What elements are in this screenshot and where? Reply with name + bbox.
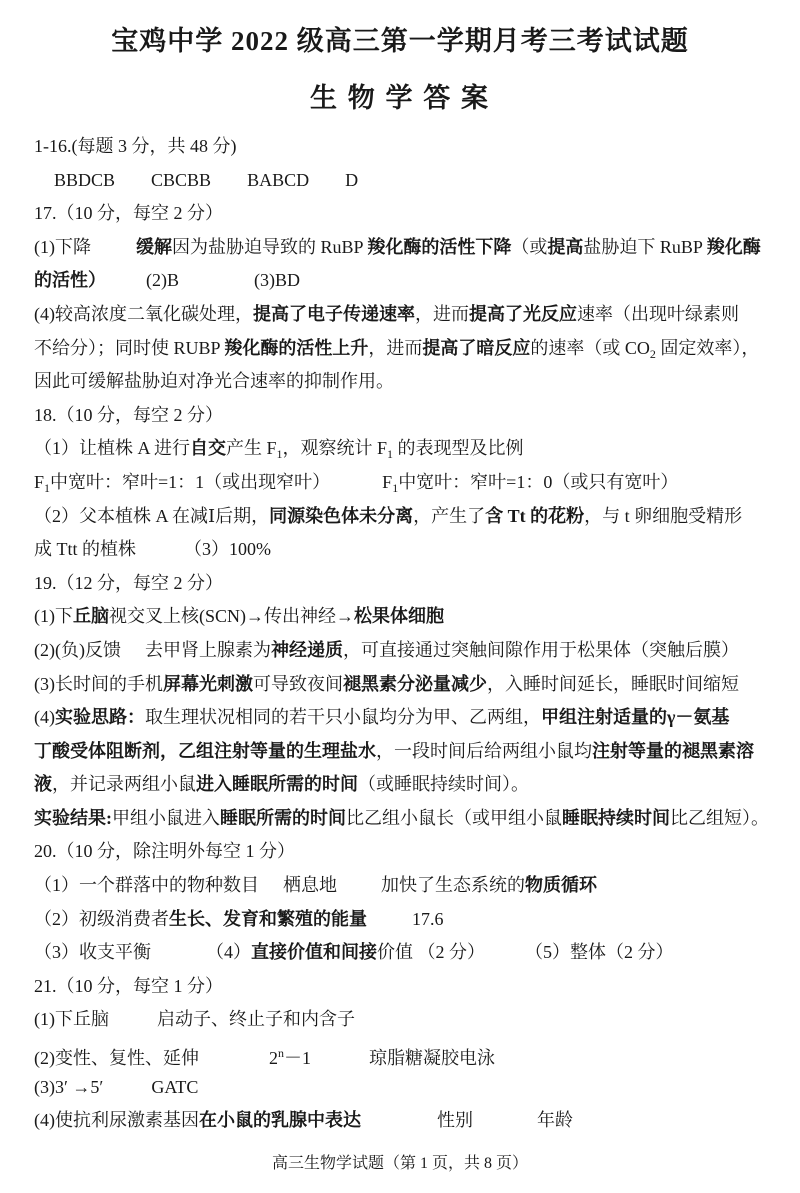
text-segment: 提高 [547,237,583,257]
text-segment: 2 [269,1048,278,1068]
text-segment: 比乙组小鼠长（或甲组小鼠 [346,808,562,828]
text-segment: 19.（12 分，每空 2 分） [34,573,223,593]
text-segment: 性别 [437,1110,473,1130]
q18-ans-1: （1）让植株 A 进行自交产生 F1，观察统计 F1 的表现型及比例 [34,432,766,466]
q19-ans-4b: 丁酸受体阻断剂，乙组注射等量的生理盐水，一段时间后给两组小鼠均注射等量的褪黑素溶 [34,735,766,769]
text-segment: (4) [34,707,55,727]
text-segment: 视交叉上核(SCN)→传出神经→ [109,606,354,626]
text-segment: 丁酸受体阻断剂，乙组注射等量的生理盐水 [34,741,376,761]
text-segment: 生长、发育和繁殖的能量 [169,909,367,929]
blank-gap [361,1125,437,1126]
text-segment: (3)长时间的手机 [34,674,163,694]
q20-ans-3-5: （3）收支平衡（4）直接价值和间接价值 （2 分）（5）整体（2 分） [34,936,766,970]
q21-header: 21.（10 分，每空 1 分） [34,970,766,1004]
text-segment: 去甲肾上腺素为 [145,640,271,660]
text-segment: 取生理状况相同的若干只小鼠均分为甲、乙两组， [145,707,541,727]
blank-gap [485,957,525,958]
text-segment: 液 [34,774,52,794]
q19-ans-2: (2)(负)反馈去甲肾上腺素为神经递质，可直接通过突触间隙作用于松果体（突触后膜… [34,634,766,668]
text-segment: （1）让植株 A 进行 [34,438,190,458]
exam-title: 宝鸡中学 2022 级高三第一学期月考三考试试题 [34,24,766,58]
text-segment: 屏幕光刺激 [163,674,253,694]
text-segment: 物质循环 [525,875,597,895]
blank-gap [106,285,146,286]
blank-gap [199,1063,269,1064]
text-segment: （3）100% [184,539,271,559]
text-segment: 的活性） [34,270,106,290]
text-segment: (1)下 [34,606,73,626]
blank-gap [151,957,206,958]
text-segment: 17.（10 分，每空 2 分） [34,203,223,223]
q17-header: 17.（10 分，每空 2 分） [34,197,766,231]
text-segment: (4)使抗利尿激素基因 [34,1110,199,1130]
blank-gap [115,185,151,186]
text-segment: (4)较高浓度二氧化碳处理， [34,304,253,324]
text-segment: 栖息地 [283,875,337,895]
text-segment: 直接价值和间接 [251,942,377,962]
q21-ans-2: (2)变性、复性、延伸2n－1琼脂糖凝胶电泳 [34,1037,766,1071]
q17-ans-4a: (4)较高浓度二氧化碳处理，提高了电子传递速率，进而提高了光反应速率（出现叶绿素… [34,298,766,332]
text-segment: （或睡眠持续时间）。 [358,774,529,794]
q20-ans-2: （2）初级消费者生长、发育和繁殖的能量17.6 [34,903,766,937]
text-segment: （4） [206,942,251,962]
text-segment: ，观察统计 F [283,438,388,458]
text-segment: 中宽叶：窄叶=1：0（或只有宽叶） [398,472,678,492]
text-segment: 盐胁迫下 RuBP [583,237,706,257]
text-segment: (2)(负)反馈 [34,640,121,660]
blank-gap [91,252,136,253]
text-segment: ，进而 [368,338,422,358]
text-segment: GATC [151,1077,198,1097]
text-segment: －1 [284,1048,311,1068]
text-segment: 启动子、终止子和内含子 [157,1009,355,1029]
blank-gap [34,185,54,186]
text-segment: 1-16.(每题 3 分，共 48 分) [34,136,236,156]
text-segment: 松果体细胞 [354,606,444,626]
text-segment: 因为盐胁迫导致的 RuBP [172,237,367,257]
text-segment: BABCD [247,170,309,190]
q19-ans-4-result: 实验结果:甲组小鼠进入睡眠所需的时间比乙组小鼠长（或甲组小鼠睡眠持续时间比乙组短… [34,802,766,836]
q18-ans-2a: （2）父本植株 A 在减Ⅰ后期，同源染色体未分离，产生了含 Tt 的花粉，与 t… [34,500,766,534]
text-segment: （3）收支平衡 [34,942,151,962]
q17-ans-1b: 的活性）(2)B(3)BD [34,264,766,298]
text-segment: 睡眠所需的时间 [220,808,346,828]
text-segment: 在小鼠的乳腺中表达 [199,1110,361,1130]
blank-gap [179,285,254,286]
subject-title: 生 物 学 答 案 [34,80,766,116]
text-segment: 价值 [377,942,413,962]
blank-gap [473,1125,537,1126]
text-segment: ，进而 [415,304,469,324]
q19-header: 19.（12 分，每空 2 分） [34,567,766,601]
q21-ans-4: (4)使抗利尿激素基因在小鼠的乳腺中表达性别年龄 [34,1104,766,1138]
text-segment: 实验思路： [55,707,145,727]
blank-gap [211,185,247,186]
q17-ans-1a: (1)下降缓解因为盐胁迫导致的 RuBP 羧化酶的活性下降（或提高盐胁迫下 Ru… [34,231,766,265]
text-segment: (2)B [146,270,179,290]
text-segment: D [345,170,358,190]
q18-ans-1-ratio: F1中宽叶：窄叶=1：1（或出现窄叶）F1中宽叶：窄叶=1：0（或只有宽叶） [34,466,766,500]
blank-gap [103,1092,151,1093]
text-segment: 实验结果: [34,808,112,828]
blank-gap [309,185,345,186]
text-segment: 含 Tt 的花粉 [485,506,584,526]
text-segment: 羧化酶的活性上升 [224,338,368,358]
text-segment: 提高了电子传递速率 [253,304,415,324]
blank-gap [311,1063,369,1064]
q19-ans-4c: 液，并记录两组小鼠进入睡眠所需的时间（或睡眠持续时间）。 [34,768,766,802]
q17-ans-4c: 因此可缓解盐胁迫对净光合速率的抑制作用。 [34,365,766,399]
q18-header: 18.（10 分，每空 2 分） [34,399,766,433]
text-segment: （2 分） [413,942,485,962]
blank-gap [109,1024,157,1025]
q20-ans-1: （1）一个群落中的物种数目栖息地加快了生态系统的物质循环 [34,869,766,903]
text-segment: ，与 t 卵细胞受精形 [584,506,742,526]
text-segment: 产生 F [226,438,277,458]
text-segment: (3)BD [254,270,300,290]
text-segment: 自交 [190,438,226,458]
text-segment: F [382,472,392,492]
text-segment: 羧化酶的活性下降 [367,237,511,257]
text-segment: F [34,472,44,492]
text-segment: 因此可缓解盐胁迫对净光合速率的抑制作用。 [34,371,394,391]
text-segment: （5）整体（2 分） [525,942,674,962]
page-footer: 高三生物学试题（第 1 页，共 8 页） [0,1150,800,1173]
text-segment: 甲组小鼠进入 [112,808,220,828]
score-note-1-16: 1-16.(每题 3 分，共 48 分) [34,130,766,164]
blank-gap [121,655,145,656]
q20-header: 20.（10 分，除注明外每空 1 分） [34,835,766,869]
q19-ans-3: (3)长时间的手机屏幕光刺激可导致夜间褪黑素分泌量减少，入睡时间延长，睡眠时间缩… [34,668,766,702]
text-segment: 提高了暗反应 [422,338,530,358]
blank-gap [259,890,283,891]
q17-ans-4b: 不给分）；同时使 RUBP 羧化酶的活性上升，进而提高了暗反应的速率（或 CO2… [34,332,766,366]
text-segment: 速率（出现叶绿素则 [577,304,739,324]
text-segment: 缓解 [136,237,172,257]
exam-answer-page: 宝鸡中学 2022 级高三第一学期月考三考试试题 生 物 学 答 案 1-16.… [0,0,800,1193]
text-segment: 羧化酶 [707,237,761,257]
text-segment: ，并记录两组小鼠 [52,774,196,794]
text-segment: 固定效率）， [656,338,760,358]
text-segment: ，可直接通过突触间隙作用于松果体（突触后膜） [343,640,739,660]
q18-ans-2b: 成 Ttt 的植株（3）100% [34,533,766,567]
text-segment: (3)3′ →5′ [34,1077,103,1097]
text-segment: （2）初级消费者 [34,909,169,929]
text-segment: 进入睡眠所需的时间 [196,774,358,794]
text-segment: 17.6 [412,909,444,929]
choice-answers: BBDCBCBCBBBABCDD [34,164,766,198]
text-segment: 琼脂糖凝胶电泳 [369,1048,495,1068]
text-segment: 成 Ttt 的植株 [34,539,136,559]
text-segment: （1）一个群落中的物种数目 [34,875,259,895]
text-segment: 的速率（或 CO [530,338,650,358]
blank-gap [337,890,381,891]
text-segment: 丘脑 [73,606,109,626]
blank-gap [330,487,382,488]
blank-gap [367,924,412,925]
q21-ans-3: (3)3′ →5′GATC [34,1071,766,1105]
text-segment: （2）父本植株 A 在减Ⅰ后期， [34,506,269,526]
text-segment: ，一段时间后给两组小鼠均 [376,741,592,761]
text-segment: 20.（10 分，除注明外每空 1 分） [34,841,295,861]
text-segment: 不给分）；同时使 RUBP [34,338,224,358]
text-segment: 加快了生态系统的 [381,875,525,895]
q19-ans-1: (1)下丘脑视交叉上核(SCN)→传出神经→松果体细胞 [34,600,766,634]
text-segment: 比乙组短）。 [670,808,769,828]
text-segment: （或 [511,237,547,257]
document-body: 1-16.(每题 3 分，共 48 分)BBDCBCBCBBBABCDD17.（… [34,130,766,1138]
text-segment: 可导致夜间 [253,674,343,694]
text-segment: 神经递质 [271,640,343,660]
text-segment: ，产生了 [413,506,485,526]
text-segment: 的表现型及比例 [393,438,524,458]
text-segment: 提高了光反应 [469,304,577,324]
text-segment: (2)变性、复性、延伸 [34,1048,199,1068]
text-segment: 同源染色体未分离 [269,506,413,526]
blank-gap [136,554,184,555]
text-segment: ，入睡时间延长，睡眠时间缩短 [487,674,739,694]
text-segment: 18.（10 分，每空 2 分） [34,405,223,425]
text-segment: BBDCB [54,170,115,190]
q19-ans-4a: (4)实验思路：取生理状况相同的若干只小鼠均分为甲、乙两组，甲组注射适量的γ－氨… [34,701,766,735]
text-segment: (1)下丘脑 [34,1009,109,1029]
text-segment: 睡眠持续时间 [562,808,670,828]
text-segment: 21.（10 分，每空 1 分） [34,976,223,996]
q21-ans-1: (1)下丘脑启动子、终止子和内含子 [34,1003,766,1037]
text-segment: 甲组注射适量的γ－氨基 [541,707,729,727]
text-segment: 褪黑素分泌量减少 [343,674,487,694]
text-segment: 中宽叶：窄叶=1：1（或出现窄叶） [50,472,330,492]
text-segment: 注射等量的褪黑素溶 [592,741,754,761]
text-segment: 年龄 [537,1110,573,1130]
text-segment: CBCBB [151,170,211,190]
text-segment: (1)下降 [34,237,91,257]
